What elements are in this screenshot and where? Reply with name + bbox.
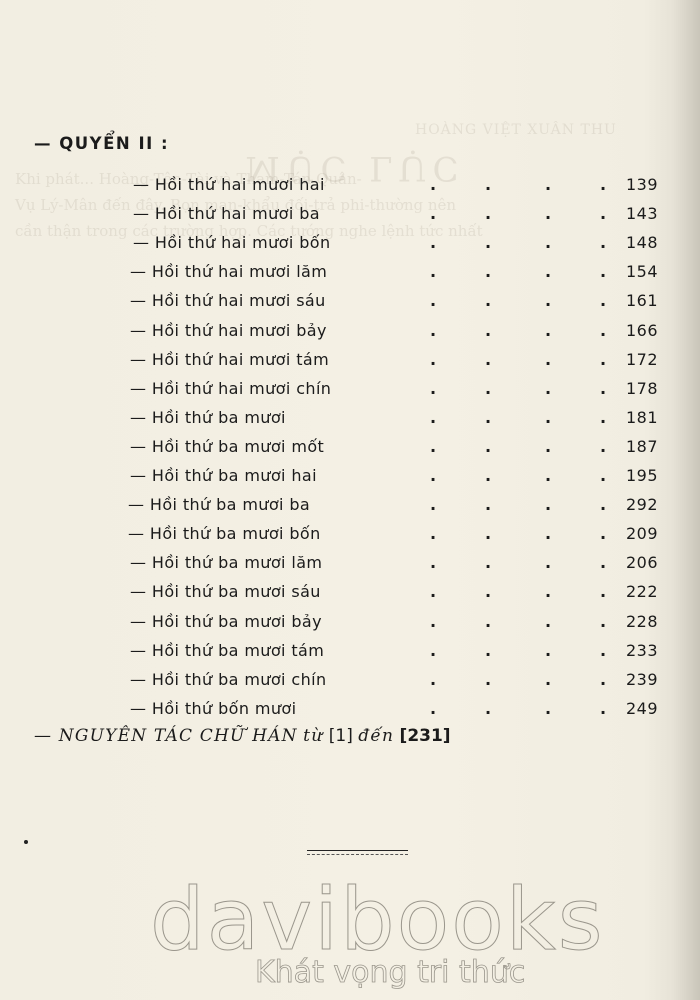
leader-dot: . xyxy=(430,288,436,314)
leader-dot: . xyxy=(485,492,491,518)
leader-dot: . xyxy=(600,376,606,402)
toc-entry-title: — Hồi thứ ba mươi ba xyxy=(128,492,310,518)
leader-dot: . xyxy=(600,259,606,285)
leader-dot: . xyxy=(485,259,491,285)
leader-dot: . xyxy=(485,463,491,489)
toc-entry-title: — Hồi thứ hai mươi sáu xyxy=(130,288,326,314)
toc-entry-title: — Hồi thứ ba mươi bảy xyxy=(130,609,322,635)
leader-dot: . xyxy=(430,492,436,518)
toc-entry-page: 143 xyxy=(626,201,658,227)
leader-dot: . xyxy=(600,579,606,605)
stray-dot xyxy=(24,840,28,844)
toc-entry-page: 161 xyxy=(626,288,658,314)
toc-entry-page: 233 xyxy=(626,638,658,664)
leader-dot: . xyxy=(430,405,436,431)
leader-dot: . xyxy=(600,318,606,344)
leader-dot: . xyxy=(545,550,551,576)
toc-entry[interactable]: — Hồi thứ hai mươi ba....143 xyxy=(0,201,700,227)
leader-dot: . xyxy=(545,609,551,635)
toc-entry[interactable]: — Hồi thứ hai mươi hai....139 xyxy=(0,172,700,198)
leader-dot: . xyxy=(430,550,436,576)
leader-dot: . xyxy=(430,696,436,722)
appendix-from-value: [1] xyxy=(329,726,353,746)
leader-dot: . xyxy=(485,579,491,605)
toc-entry-page: 209 xyxy=(626,521,658,547)
toc-entry-title: — Hồi thứ bốn mươi xyxy=(130,696,296,722)
toc-entry-title: — Hồi thứ ba mươi hai xyxy=(130,463,317,489)
leader-dot: . xyxy=(430,579,436,605)
leader-dot: . xyxy=(600,405,606,431)
leader-dot: . xyxy=(430,347,436,373)
leader-dot: . xyxy=(545,405,551,431)
toc-entry[interactable]: — Hồi thứ ba mươi bốn....209 xyxy=(0,521,700,547)
leader-dot: . xyxy=(545,638,551,664)
leader-dot: . xyxy=(430,230,436,256)
toc-entry-title: — Hồi thứ ba mươi sáu xyxy=(130,579,321,605)
toc-entry-page: 249 xyxy=(626,696,658,722)
leader-dot: . xyxy=(430,434,436,460)
toc-entry-page: 206 xyxy=(626,550,658,576)
leader-dot: . xyxy=(485,347,491,373)
toc-entry-page: 228 xyxy=(626,609,658,635)
toc-entry-title: — Hồi thứ hai mươi bảy xyxy=(130,318,327,344)
leader-dot: . xyxy=(485,288,491,314)
leader-dot: . xyxy=(545,230,551,256)
toc-entry[interactable]: — Hồi thứ hai mươi lăm....154 xyxy=(0,259,700,285)
toc-entry[interactable]: — Hồi thứ ba mươi chín....239 xyxy=(0,667,700,693)
leader-dot: . xyxy=(600,492,606,518)
toc-entry-page: 148 xyxy=(626,230,658,256)
leader-dot: . xyxy=(545,347,551,373)
leader-dot: . xyxy=(485,667,491,693)
leader-dot: . xyxy=(545,288,551,314)
toc-entry-page: 239 xyxy=(626,667,658,693)
leader-dot: . xyxy=(600,347,606,373)
toc-entry-page: 178 xyxy=(626,376,658,402)
toc-entry[interactable]: — Hồi thứ hai mươi sáu....161 xyxy=(0,288,700,314)
toc-entry[interactable]: — Hồi thứ ba mươi bảy....228 xyxy=(0,609,700,635)
leader-dot: . xyxy=(430,318,436,344)
toc-entry[interactable]: — Hồi thứ ba mươi lăm....206 xyxy=(0,550,700,576)
toc-entry[interactable]: — Hồi thứ bốn mươi....249 xyxy=(0,696,700,722)
leader-dot: . xyxy=(600,230,606,256)
leader-dot: . xyxy=(545,172,551,198)
toc-entry-page: 154 xyxy=(626,259,658,285)
leader-dot: . xyxy=(600,550,606,576)
leader-dot: . xyxy=(430,463,436,489)
leader-dot: . xyxy=(485,638,491,664)
leader-dot: . xyxy=(545,492,551,518)
leader-dot: . xyxy=(545,667,551,693)
leader-dot: . xyxy=(485,550,491,576)
toc-entry-page: 292 xyxy=(626,492,658,518)
toc-entry-page: 172 xyxy=(626,347,658,373)
toc-entry[interactable]: — Hồi thứ hai mươi bốn....148 xyxy=(0,230,700,256)
leader-dot: . xyxy=(485,405,491,431)
leader-dot: . xyxy=(600,638,606,664)
appendix-title: — NGUYÊN TÁC CHỮ HÁN xyxy=(34,726,298,746)
leader-dot: . xyxy=(485,172,491,198)
leader-dot: . xyxy=(600,288,606,314)
appendix-from-word: từ xyxy=(303,726,323,746)
leader-dot: . xyxy=(485,609,491,635)
toc-entry[interactable]: — Hồi thứ hai mươi tám....172 xyxy=(0,347,700,373)
toc-entry-page: 187 xyxy=(626,434,658,460)
leader-dot: . xyxy=(600,696,606,722)
toc-entry-page: 222 xyxy=(626,579,658,605)
toc-entry[interactable]: — Hồi thứ ba mươi tám....233 xyxy=(0,638,700,664)
leader-dot: . xyxy=(600,667,606,693)
toc-entry-title: — Hồi thứ ba mươi mốt xyxy=(130,434,324,460)
toc-entry[interactable]: — Hồi thứ ba mươi sáu....222 xyxy=(0,579,700,605)
leader-dot: . xyxy=(600,521,606,547)
leader-dot: . xyxy=(545,201,551,227)
leader-dot: . xyxy=(485,318,491,344)
appendix-entry: — NGUYÊN TÁC CHỮ HÁN từ [1] đến [231] xyxy=(34,726,451,746)
leader-dot: . xyxy=(430,201,436,227)
toc-entry-title: — Hồi thứ hai mươi hai xyxy=(133,172,325,198)
leader-dot: . xyxy=(600,434,606,460)
leader-dot: . xyxy=(545,259,551,285)
leader-dot: . xyxy=(545,521,551,547)
leader-dot: . xyxy=(430,172,436,198)
toc-entry-title: — Hồi thứ ba mươi xyxy=(130,405,286,431)
leader-dot: . xyxy=(600,463,606,489)
toc-entry[interactable]: — Hồi thứ hai mươi chín....178 xyxy=(0,376,700,402)
leader-dot: . xyxy=(545,696,551,722)
toc-entry-title: — Hồi thứ ba mươi bốn xyxy=(128,521,321,547)
toc-entry-page: 166 xyxy=(626,318,658,344)
toc-entry-title: — Hồi thứ hai mươi chín xyxy=(130,376,331,402)
toc-entry-title: — Hồi thứ hai mươi tám xyxy=(130,347,329,373)
toc-entry[interactable]: — Hồi thứ hai mươi bảy....166 xyxy=(0,318,700,344)
leader-dot: . xyxy=(485,376,491,402)
leader-dot: . xyxy=(430,609,436,635)
toc-entry-page: 181 xyxy=(626,405,658,431)
leader-dot: . xyxy=(430,667,436,693)
leader-dot: . xyxy=(430,376,436,402)
toc-entry-title: — Hồi thứ ba mươi chín xyxy=(130,667,327,693)
leader-dot: . xyxy=(430,638,436,664)
toc-entry-title: — Hồi thứ hai mươi ba xyxy=(133,201,320,227)
leader-dot: . xyxy=(430,521,436,547)
leader-dot: . xyxy=(600,201,606,227)
appendix-to-word: đến xyxy=(358,726,394,746)
toc-entry[interactable]: — Hồi thứ ba mươi....181 xyxy=(0,405,700,431)
appendix-to-value: [231] xyxy=(400,726,451,746)
toc-entry-title: — Hồi thứ ba mươi tám xyxy=(130,638,324,664)
leader-dot: . xyxy=(485,696,491,722)
leader-dot: . xyxy=(485,230,491,256)
leader-dot: . xyxy=(545,318,551,344)
section-heading: — QUYỂN II : xyxy=(34,134,169,153)
end-rule-divider xyxy=(307,850,408,855)
toc-entry-page: 139 xyxy=(626,172,658,198)
leader-dot: . xyxy=(545,434,551,460)
leader-dot: . xyxy=(600,609,606,635)
leader-dot: . xyxy=(430,259,436,285)
toc-entry-title: — Hồi thứ ba mươi lăm xyxy=(130,550,322,576)
leader-dot: . xyxy=(545,579,551,605)
toc-entry[interactable]: — Hồi thứ ba mươi hai....195 xyxy=(0,463,700,489)
leader-dot: . xyxy=(545,376,551,402)
leader-dot: . xyxy=(600,172,606,198)
toc-entry[interactable]: — Hồi thứ ba mươi ba....292 xyxy=(0,492,700,518)
toc-entry-title: — Hồi thứ hai mươi bốn xyxy=(133,230,331,256)
leader-dot: . xyxy=(485,521,491,547)
leader-dot: . xyxy=(545,463,551,489)
leader-dot: . xyxy=(485,434,491,460)
leader-dot: . xyxy=(485,201,491,227)
toc-entry-page: 195 xyxy=(626,463,658,489)
toc-entry[interactable]: — Hồi thứ ba mươi mốt....187 xyxy=(0,434,700,460)
toc-entry-title: — Hồi thứ hai mươi lăm xyxy=(130,259,327,285)
